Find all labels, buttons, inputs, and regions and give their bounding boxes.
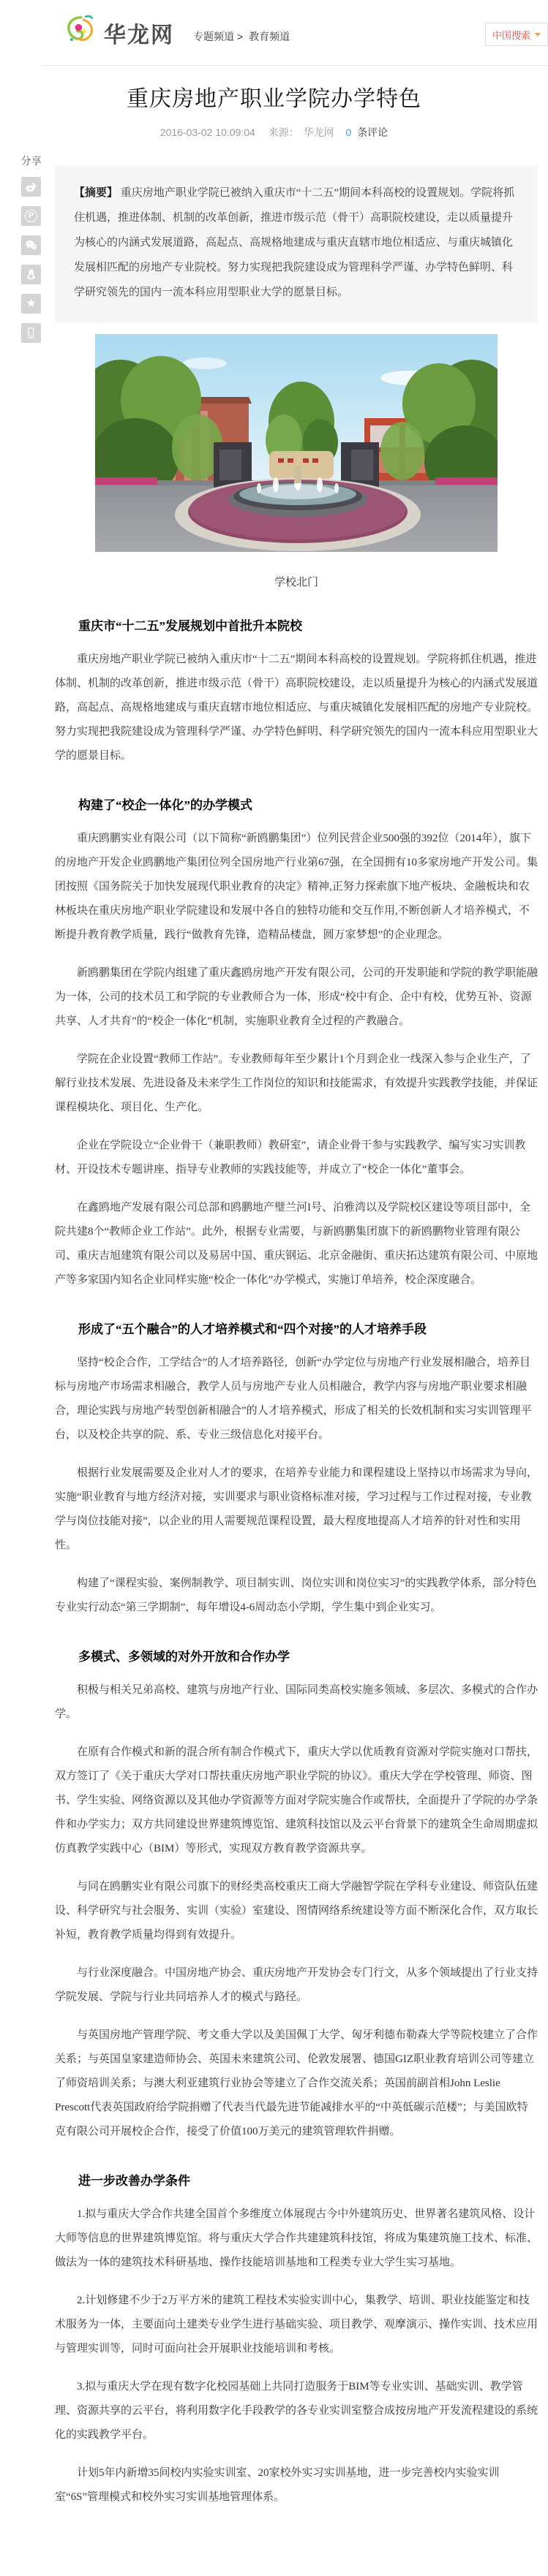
paragraph: 学院在企业设置“教师工作站”。专业教师每年至少累计1个月到企业一线深入参与企业生… [55,1048,538,1120]
site-logo[interactable]: 华龙网 [61,12,174,53]
paragraph: 与同在鸥鹏实业有限公司旗下的财经类高校重庆工商大学融智学院在学科专业建设、师资队… [55,1875,538,1947]
paragraph: 构建了“课程实验、案例制教学、项目制实训、岗位实训和岗位实习”的实践教学体系，部… [55,1572,538,1620]
wechat-icon [24,238,38,252]
dragon-logo-icon [61,12,100,53]
breadcrumb-link-special[interactable]: 专题频道 [193,31,234,42]
page: 华龙网 专题频道> 教育频道 中国搜索 重庆房地产职业学院办学特色 2016-0… [0,0,548,2576]
section-heading: 多模式、多领域的对外开放和合作办学 [55,1646,538,1664]
abstract-label: 【摘要】 [74,187,118,199]
share-rail: 分享 P [20,154,42,352]
section-heading: 构建了“校企一体化”的办学模式 [55,795,538,813]
source-link[interactable]: 华龙网 [304,126,334,138]
qq-icon [24,268,38,281]
breadcrumb-link-education[interactable]: 教育频道 [249,31,290,42]
share-label: 分享 [20,154,42,168]
qzone-icon: ★ [26,298,36,310]
mobile-share-button[interactable] [21,323,41,343]
article-figure: 学校北门 [55,334,538,589]
source-label: 来源： [269,126,299,138]
article-content: 【摘要】 重庆房地产职业学院已被纳入重庆市“十二五”期间本科高校的设置规划。学院… [0,166,548,2553]
wechat-share-button[interactable] [21,235,41,255]
campus-photo [95,334,498,552]
paragraph: 新鸥鹏集团在学院内组建了重庆鑫鸥房地产开发有限公司，公司的开发职能和学院的教学职… [55,961,538,1034]
china-search-button[interactable]: 中国搜索 [485,23,548,46]
breadcrumb: 专题频道> 教育频道 [193,29,290,44]
mobile-icon [24,326,38,340]
paragraph: 在原有合作模式和新的混合所有制合作模式下，重庆大学以优质教育资源对学院实施对口帮… [55,1740,538,1861]
paragraph: 根据行业发展需要及企业对人才的要求，在培养专业能力和课程建设上坚持以市场需求为导… [55,1461,538,1558]
paragraph: 重庆房地产职业学院已被纳入重庆市“十二五”期间本科高校的设置规划。学院将抓住机遇… [55,648,538,768]
paragraph: 2.计划修建不少于2万平方米的建筑工程技术实验实训中心，集教学、培训、职业技能鉴… [55,2289,538,2361]
qzone-share-button[interactable]: ★ [21,294,41,314]
pengyou-icon: P [25,210,37,222]
page-title: 重庆房地产职业学院办学特色 [0,80,548,113]
paragraph: 与行业深度融合。中国房地产协会、重庆房地产开发协会专门行文，从多个领域提出了行业… [55,1961,538,2009]
paragraph: 3.拟与重庆大学在现有数字化校园基础上共同打造服务于BIM等专业实训、基础实训、… [55,2375,538,2447]
section-heading: 进一步改善办学条件 [55,2170,538,2189]
paragraph: 在鑫鸥地产发展有限公司总部和鸥鹏地产璧兰河I号、泊雅湾以及学院校区建设等项目部中… [55,1196,538,1292]
paragraph: 坚持“校企合作，工学结合”的人才培养路径，创新“办学定位与房地产行业发展相融合，… [55,1351,538,1447]
article-meta: 2016-03-02 10:09:04 来源： 华龙网 0 条评论 [0,125,548,140]
abstract-text: 重庆房地产职业学院已被纳入重庆市“十二五”期间本科高校的设置规划。学院将抓住机遇… [74,187,514,298]
paragraph: 1.拟与重庆大学合作共建全国首个多维度立体展现古今中外建筑历史、世界著名建筑风格… [55,2202,538,2275]
qq-share-button[interactable] [21,265,41,284]
paragraph: 与英国房地产管理学院、考文垂大学以及美国佩丁大学、匈牙利德布勒森大学等院校建立了… [55,2023,538,2144]
section-heading: 重庆市“十二五”发展规划中首批升本院校 [55,615,538,634]
pengyou-share-button[interactable]: P [21,206,41,226]
site-header: 华龙网 专题频道> 教育频道 中国搜索 [0,0,548,65]
article-body: 重庆市“十二五”发展规划中首批升本院校重庆房地产职业学院已被纳入重庆市“十二五”… [55,615,538,2509]
weibo-share-button[interactable] [21,177,41,197]
section-heading: 形成了“五个融合”的人才培养模式和“四个对接”的人才培养手段 [55,1319,538,1337]
paragraph: 积极与相关兄弟高校、建筑与房地产行业、国际同类高校实施多领域、多层次、多模式的合… [55,1678,538,1727]
paragraph: 计划5年内新增35间校内实验实训室、20家校外实习实训基地，进一步完善校内实验实… [55,2461,538,2509]
header-divider [42,65,548,66]
logo-text: 华龙网 [104,17,174,49]
comment-label[interactable]: 条评论 [357,126,388,138]
comment-count[interactable]: 0 [345,126,351,138]
breadcrumb-separator: > [237,31,243,42]
weibo-icon [24,180,38,194]
publish-datetime: 2016-03-02 10:09:04 [160,126,255,138]
abstract-box: 【摘要】 重庆房地产职业学院已被纳入重庆市“十二五”期间本科高校的设置规划。学院… [55,166,538,322]
paragraph: 企业在学院设立“企业骨干（兼职教师）教研室”，请企业骨干参与实践教学、编写实习实… [55,1134,538,1182]
chevron-down-icon [535,33,541,37]
china-search-label: 中国搜索 [492,28,530,42]
paragraph: 重庆鸥鹏实业有限公司（以下简称“新鸥鹏集团”）位列民营企业500强的392位（2… [55,827,538,947]
image-caption: 学校北门 [55,574,538,589]
